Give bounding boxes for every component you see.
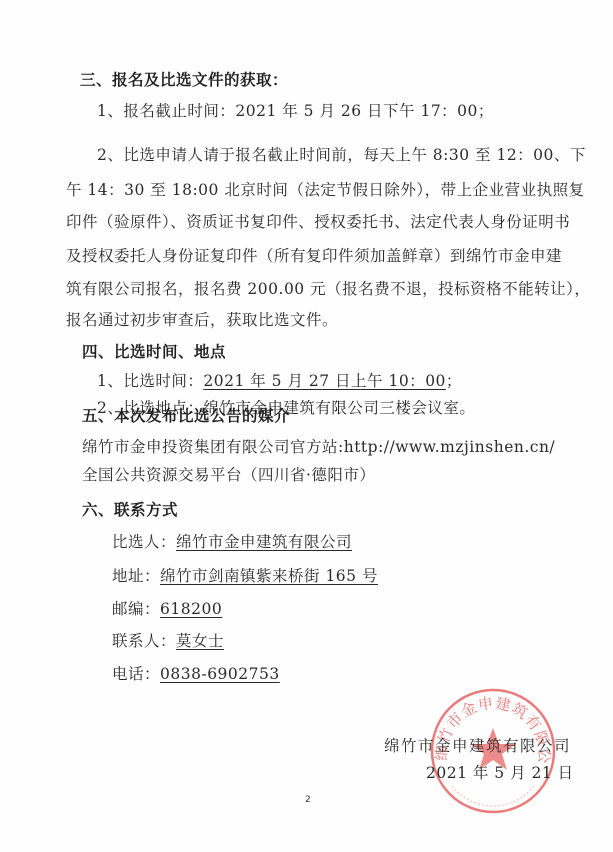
section3-item2-line3: 印件（验原件）、资质证书复印件、授权委托书、法定代表人身份证明书 [66,212,544,232]
section4-item1-suffix: ； [446,372,462,390]
signature-company: 绵竹市金申建筑有限公司 [384,736,571,756]
section6-heading: 六、联系方式 [82,500,178,520]
selection-time-value: 2021 年 5 月 27 日上午 10：00 [203,372,446,390]
contact-postcode-value: 618200 [160,600,222,618]
section4-item1-label: 1、比选时间： [97,372,203,390]
contact-selector: 比选人：绵竹市金申建筑有限公司 [112,532,352,552]
section5-line1: 绵竹市金申投资集团有限公司官方站:http://www.mzjinshen.cn… [82,437,555,457]
section5-line2: 全国公共资源交易平台（四川省·德阳市） [82,465,375,485]
contact-address: 地址：绵竹市剑南镇紫来桥街 165 号 [112,566,378,586]
section3-item1: 1、报名截止时间：2021 年 5 月 26 日下午 17：00； [97,101,494,121]
section3-item2-line6: 报名通过初步审查后，获取比选文件。 [66,310,338,330]
contact-person-label: 联系人： [112,632,176,650]
section3-item2-line2: 午 14：30 至 18:00 北京时间（法定节假日除外），带上企业营业执照复 [66,180,544,200]
contact-postcode-label: 邮编： [112,600,160,618]
section3-heading: 三、报名及比选文件的获取： [80,70,288,90]
section4-item1: 1、比选时间：2021 年 5 月 27 日上午 10：00； [97,371,462,391]
signature-date: 2021 年 5 月 21 日 [426,763,574,783]
contact-selector-value: 绵竹市金申建筑有限公司 [176,533,352,551]
contact-address-label: 地址： [112,567,160,585]
contact-phone-label: 电话： [112,665,160,683]
section3-item2-line4: 及授权委托人身份证复印件（所有复印件须加盖鲜章）到绵竹市金申建 [66,246,544,266]
contact-person-value: 莫女士 [176,632,224,650]
section5-heading: 五、本次发布比选公告的媒介 [82,406,290,426]
contact-phone: 电话：0838-6902753 [112,664,280,684]
contact-postcode: 邮编：618200 [112,599,222,619]
contact-address-value: 绵竹市剑南镇紫来桥街 165 号 [160,567,378,585]
section4-heading: 四、比选时间、地点 [82,342,226,362]
section3-item2-line5: 筑有限公司报名，报名费 200.00 元（报名费不退，投标资格不能转让）， [66,279,544,299]
document-page: 三、报名及比选文件的获取： 1、报名截止时间：2021 年 5 月 26 日下午… [0,0,613,852]
contact-selector-label: 比选人： [112,533,176,551]
contact-phone-value: 0838-6902753 [160,665,280,683]
section3-item2-line1: 2、比选申请人请于报名截止时间前，每天上午 8:30 至 12：00、下 [97,145,544,165]
contact-person: 联系人：莫女士 [112,631,224,651]
page-number: 2 [305,795,311,805]
